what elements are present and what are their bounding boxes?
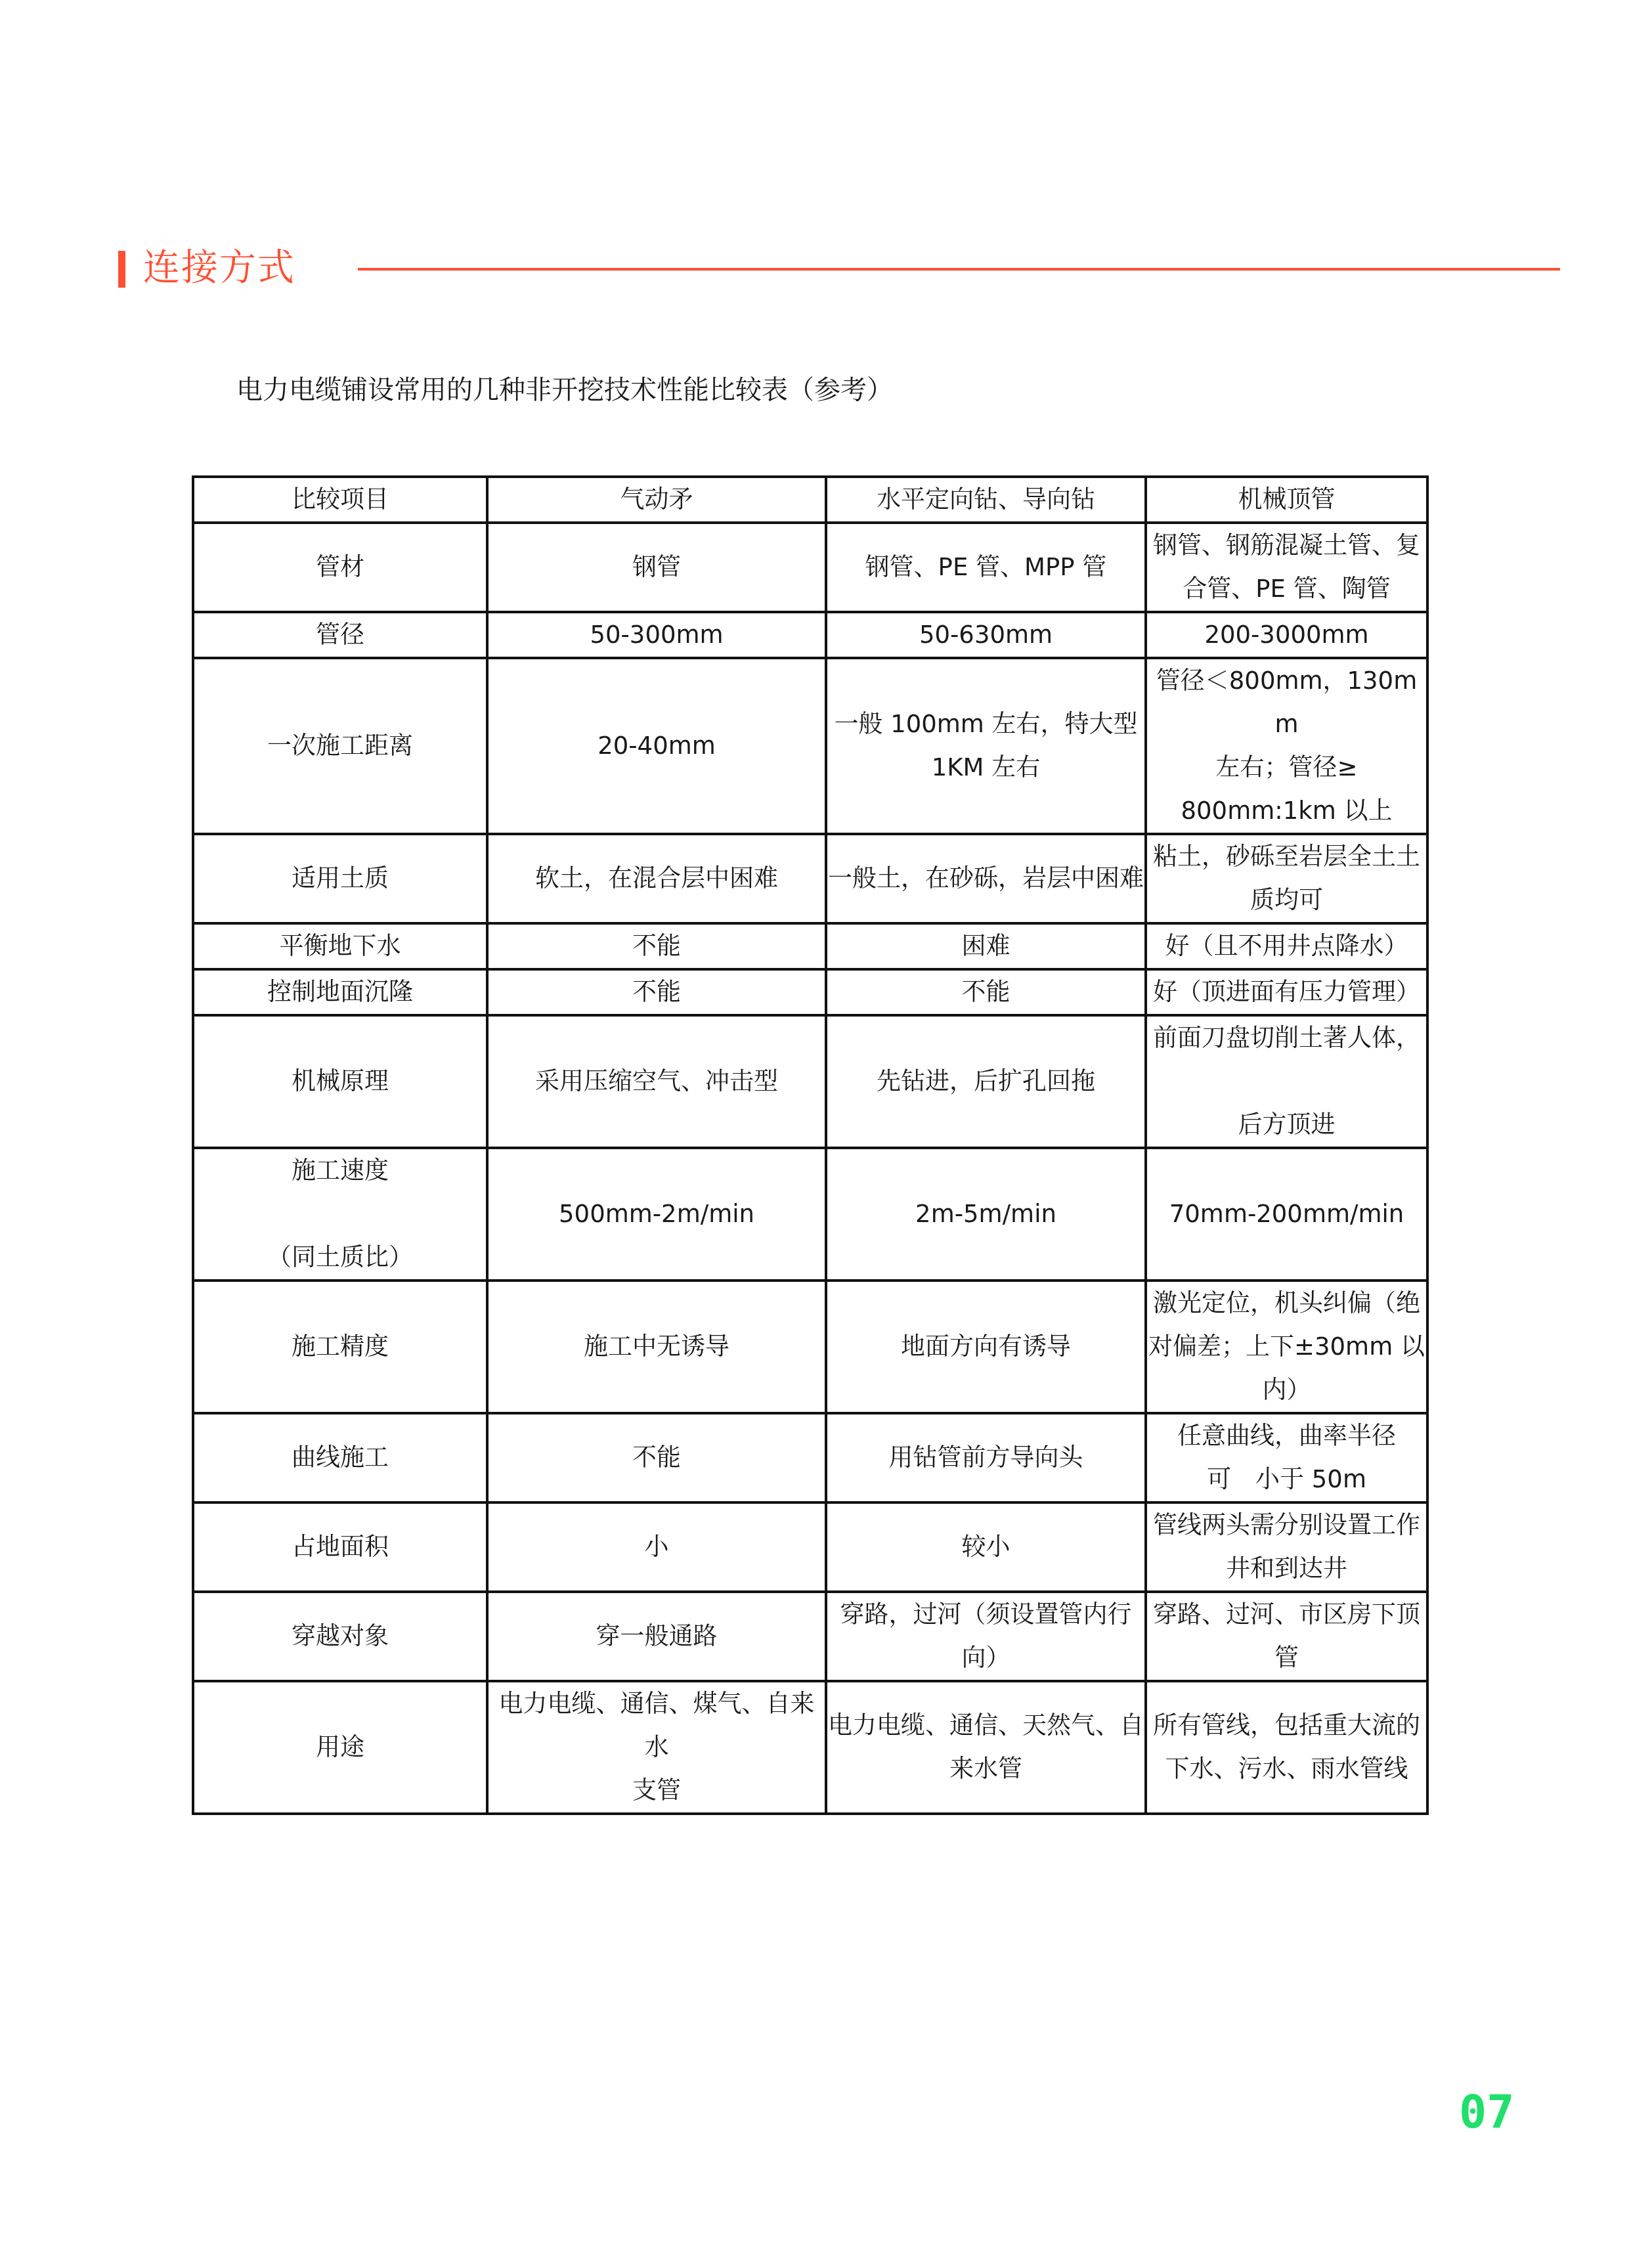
table-cell-hdd: 困难 [826,923,1146,969]
comparison-table: 比较项目 气动矛 水平定向钻、导向钻 机械顶管 管材钢管钢管、PE 管、MPP … [192,475,1429,1815]
table-cell-jacking: 穿路、过河、市区房下顶 管 [1146,1592,1427,1681]
table-cell-hdd: 钢管、PE 管、MPP 管 [826,523,1146,612]
row-label-cell: 一次施工距离 [193,658,487,834]
table-cell-hdd: 一般土，在砂砾，岩层中困难 [826,834,1146,923]
table-cell-hdd: 2m-5m/min [826,1148,1146,1281]
table-cell-jacking: 好（且不用井点降水） [1146,923,1427,969]
row-label-cell: 适用土质 [193,834,487,923]
table-row: 占地面积小较小管线两头需分别设置工作 井和到达井 [193,1502,1427,1592]
table-cell-jacking: 好（顶进面有压力管理） [1146,969,1427,1015]
header-cell: 气动矛 [487,477,826,523]
section-accent-bar [118,251,125,288]
table-header-row: 比较项目 气动矛 水平定向钻、导向钻 机械顶管 [193,477,1427,523]
table-cell-pneumatic: 不能 [487,1413,826,1502]
table-cell-jacking: 钢管、钢筋混凝土管、复 合管、PE 管、陶管 [1146,523,1427,612]
section-title: 连接方式 [143,243,295,293]
table-cell-hdd: 穿路，过河（须设置管内行向） [826,1592,1146,1681]
table-cell-hdd: 50-630mm [826,612,1146,658]
row-label-cell: 管材 [193,523,487,612]
table-cell-pneumatic: 采用压缩空气、冲击型 [487,1015,826,1148]
table-cell-jacking: 激光定位，机头纠偏（绝 对偏差；上下±30mm 以 内） [1146,1281,1427,1413]
row-label-cell: 穿越对象 [193,1592,487,1681]
table-cell-hdd: 一般 100mm 左右，特大型 1KM 左右 [826,658,1146,834]
table-caption: 电力电缆铺设常用的几种非开挖技术性能比较表（参考） [236,372,893,408]
table-cell-pneumatic: 500mm-2m/min [487,1148,826,1281]
table-cell-hdd: 用钻管前方导向头 [826,1413,1146,1502]
section-divider [358,268,1560,271]
table-cell-pneumatic: 20-40mm [487,658,826,834]
row-label-cell: 占地面积 [193,1502,487,1592]
table-cell-jacking: 任意曲线，曲率半径 可 小于 50m [1146,1413,1427,1502]
table-row: 施工速度 （同土质比）500mm-2m/min2m-5m/min70mm-200… [193,1148,1427,1281]
table-row: 管材钢管钢管、PE 管、MPP 管钢管、钢筋混凝土管、复 合管、PE 管、陶管 [193,523,1427,612]
table-cell-pneumatic: 不能 [487,969,826,1015]
table-cell-pneumatic: 50-300mm [487,612,826,658]
table-row: 平衡地下水不能困难好（且不用井点降水） [193,923,1427,969]
row-label-cell: 用途 [193,1681,487,1814]
page-number: 07 [1459,2087,1514,2137]
table-cell-pneumatic: 穿一般通路 [487,1592,826,1681]
table-row: 管径50-300mm50-630mm200-3000mm [193,612,1427,658]
table-cell-pneumatic: 施工中无诱导 [487,1281,826,1413]
header-cell: 机械顶管 [1146,477,1427,523]
table-row: 施工精度施工中无诱导地面方向有诱导激光定位，机头纠偏（绝 对偏差；上下±30mm… [193,1281,1427,1413]
table-cell-jacking: 粘土，砂砾至岩层全土土 质均可 [1146,834,1427,923]
table-row: 曲线施工不能用钻管前方导向头任意曲线，曲率半径 可 小于 50m [193,1413,1427,1502]
table-cell-pneumatic: 不能 [487,923,826,969]
table-cell-hdd: 不能 [826,969,1146,1015]
table-row: 机械原理采用压缩空气、冲击型先钻进，后扩孔回拖前面刀盘切削土著人体， 后方顶进 [193,1015,1427,1148]
table-cell-jacking: 管径＜800mm，130mm 左右；管径≥ 800mm:1km 以上 [1146,658,1427,834]
table-cell-jacking: 所有管线，包括重大流的 下水、污水、雨水管线 [1146,1681,1427,1814]
table-cell-jacking: 70mm-200mm/min [1146,1148,1427,1281]
table-cell-hdd: 先钻进，后扩孔回拖 [826,1015,1146,1148]
table-cell-hdd: 电力电缆、通信、天然气、自 来水管 [826,1681,1146,1814]
table-cell-pneumatic: 钢管 [487,523,826,612]
row-label-cell: 管径 [193,612,487,658]
table-row: 适用土质软土，在混合层中困难一般土，在砂砾，岩层中困难粘土，砂砾至岩层全土土 质… [193,834,1427,923]
table-cell-jacking: 前面刀盘切削土著人体， 后方顶进 [1146,1015,1427,1148]
table-row: 穿越对象穿一般通路穿路，过河（须设置管内行向）穿路、过河、市区房下顶 管 [193,1592,1427,1681]
table-cell-hdd: 地面方向有诱导 [826,1281,1146,1413]
table-cell-jacking: 管线两头需分别设置工作 井和到达井 [1146,1502,1427,1592]
table-cell-pneumatic: 小 [487,1502,826,1592]
row-label-cell: 机械原理 [193,1015,487,1148]
header-cell: 比较项目 [193,477,487,523]
row-label-cell: 曲线施工 [193,1413,487,1502]
row-label-cell: 平衡地下水 [193,923,487,969]
table-cell-jacking: 200-3000mm [1146,612,1427,658]
table-cell-pneumatic: 电力电缆、通信、煤气、自来水 支管 [487,1681,826,1814]
row-label-cell: 施工速度 （同土质比） [193,1148,487,1281]
header-cell: 水平定向钻、导向钻 [826,477,1146,523]
table-row: 一次施工距离20-40mm一般 100mm 左右，特大型 1KM 左右管径＜80… [193,658,1427,834]
table-cell-pneumatic: 软土，在混合层中困难 [487,834,826,923]
table-cell-hdd: 较小 [826,1502,1146,1592]
table-row: 控制地面沉隆不能不能好（顶进面有压力管理） [193,969,1427,1015]
row-label-cell: 控制地面沉隆 [193,969,487,1015]
row-label-cell: 施工精度 [193,1281,487,1413]
table-row: 用途电力电缆、通信、煤气、自来水 支管电力电缆、通信、天然气、自 来水管所有管线… [193,1681,1427,1814]
